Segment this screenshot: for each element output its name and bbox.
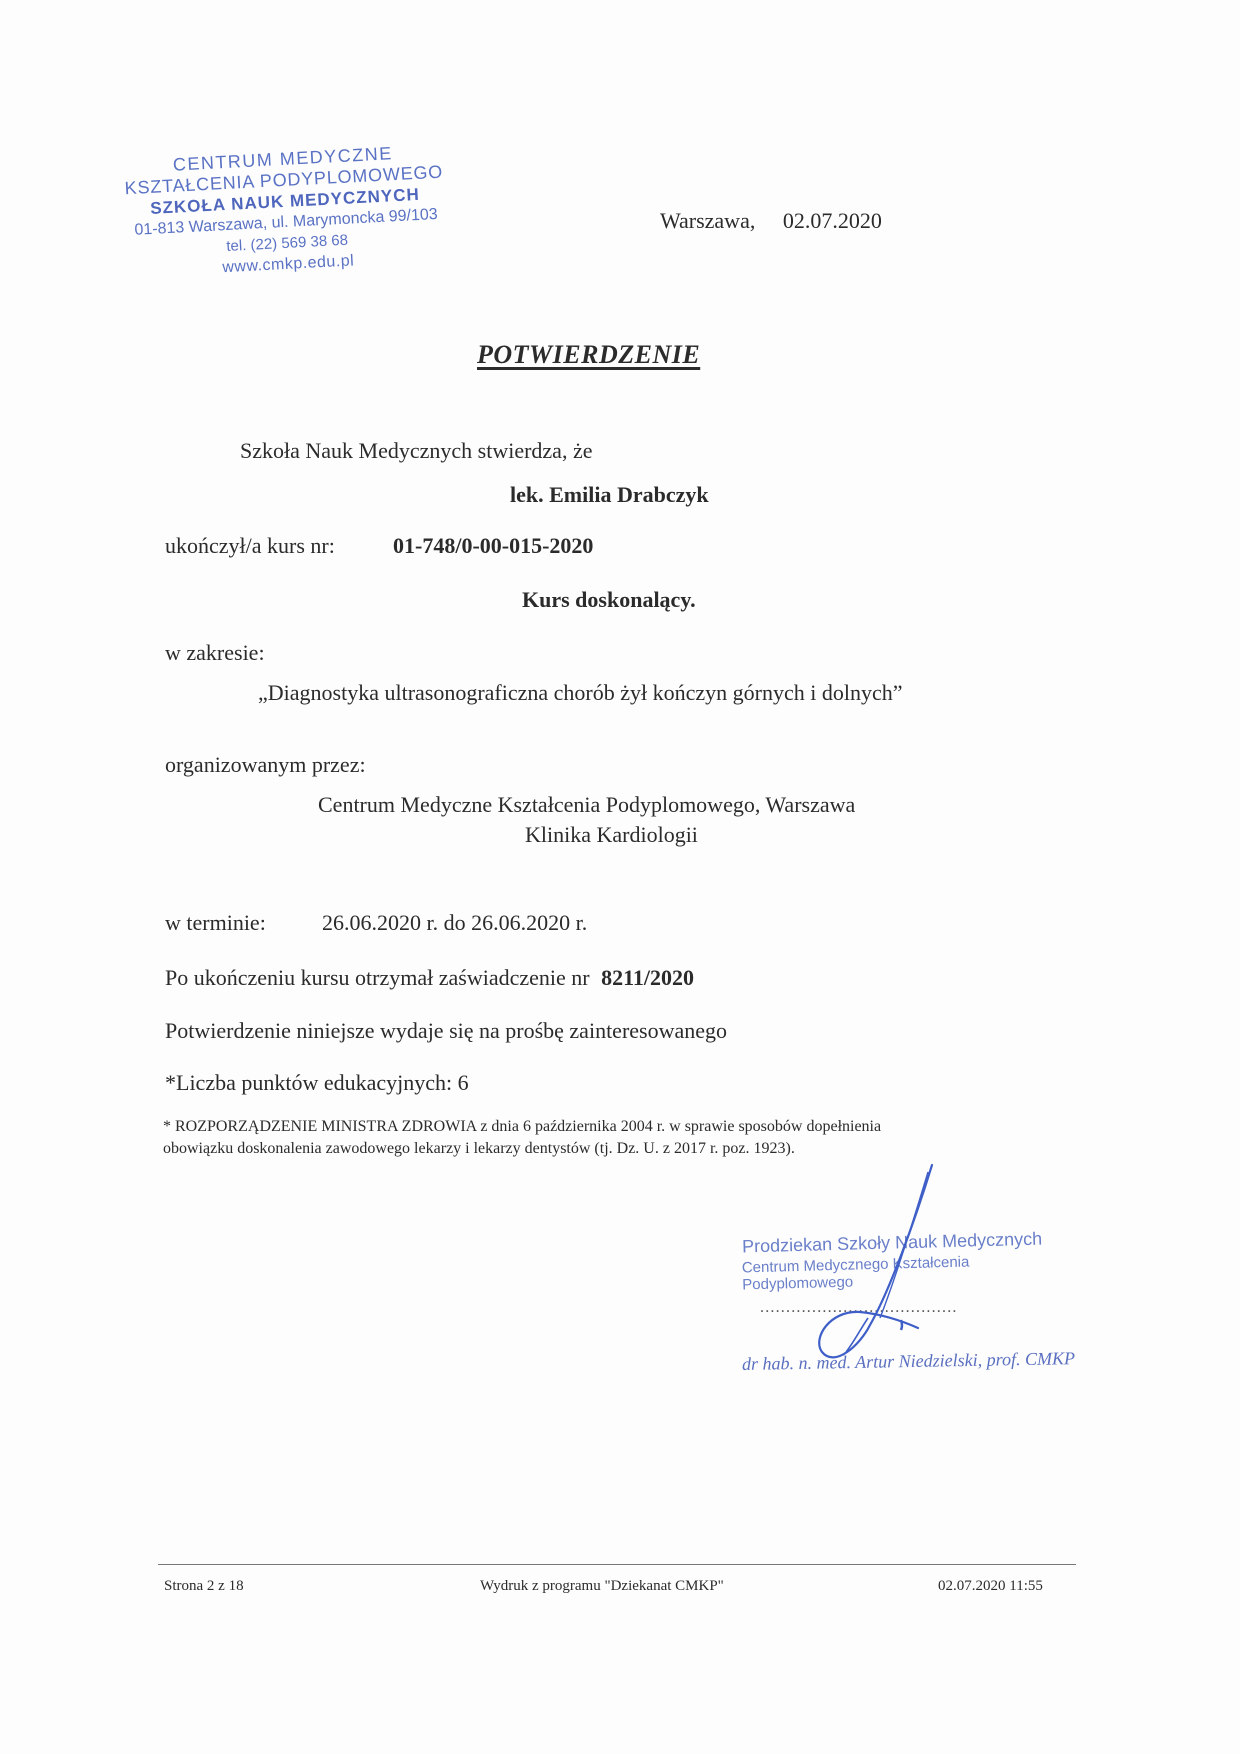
- footer-divider: [158, 1564, 1076, 1565]
- institution-stamp: CENTRUM MEDYCZNE KSZTAŁCENIA PODYPLOMOWE…: [110, 140, 461, 284]
- course-label: ukończył/a kurs nr:: [165, 533, 335, 559]
- page-number: Strona 2 z 18: [164, 1578, 244, 1595]
- place: Warszawa,: [660, 208, 755, 233]
- organizer-name: Centrum Medyczne Kształcenia Podyplomowe…: [318, 792, 855, 818]
- points-text: *Liczba punktów edukacyjnych: 6: [165, 1070, 469, 1096]
- organizer-unit: Klinika Kardiologii: [525, 822, 698, 848]
- signature-block: Prodziekan Szkoły Nauk Medycznych Centru…: [742, 1232, 1082, 1372]
- footnote-line: obowiązku doskonalenia zawodowego lekarz…: [163, 1138, 881, 1160]
- footnote: * ROZPORZĄDZENIE MINISTRA ZDROWIA z dnia…: [163, 1116, 881, 1160]
- certificate-line: Po ukończeniu kursu otrzymał zaświadczen…: [165, 965, 694, 991]
- certificate-number: 8211/2020: [601, 965, 694, 990]
- document-title: POTWIERDZENIE: [477, 340, 700, 370]
- organizer-label: organizowanym przez:: [165, 752, 366, 778]
- place-date: Warszawa, 02.07.2020: [660, 208, 882, 234]
- issue-date: 02.07.2020: [783, 208, 882, 233]
- signature-dots: ......................................: [760, 1299, 1082, 1317]
- intro-text: Szkoła Nauk Medycznych stwierdza, że: [240, 438, 592, 464]
- course-type: Kurs doskonalący.: [522, 587, 696, 613]
- course-number: 01-748/0-00-015-2020: [393, 533, 593, 559]
- issued-text: Potwierdzenie niniejsze wydaje się na pr…: [165, 1018, 727, 1044]
- print-timestamp: 02.07.2020 11:55: [938, 1578, 1043, 1595]
- footnote-line: * ROZPORZĄDZENIE MINISTRA ZDROWIA z dnia…: [163, 1116, 881, 1138]
- scope-value: „Diagnostyka ultrasonograficzna chorób ż…: [258, 680, 903, 706]
- term-label: w terminie:: [165, 910, 266, 936]
- scope-label: w zakresie:: [165, 640, 265, 666]
- certificate-text: Po ukończeniu kursu otrzymał zaświadczen…: [165, 965, 590, 990]
- print-source: Wydruk z programu "Dziekanat CMKP": [480, 1578, 724, 1595]
- signer-institution: Centrum Medycznego Kształcenia Podyplomo…: [742, 1251, 1083, 1294]
- term-value: 26.06.2020 r. do 26.06.2020 r.: [322, 910, 587, 936]
- participant-name: lek. Emilia Drabczyk: [510, 482, 709, 508]
- signer-name: dr hab. n. med. Artur Niedzielski, prof.…: [742, 1348, 1082, 1375]
